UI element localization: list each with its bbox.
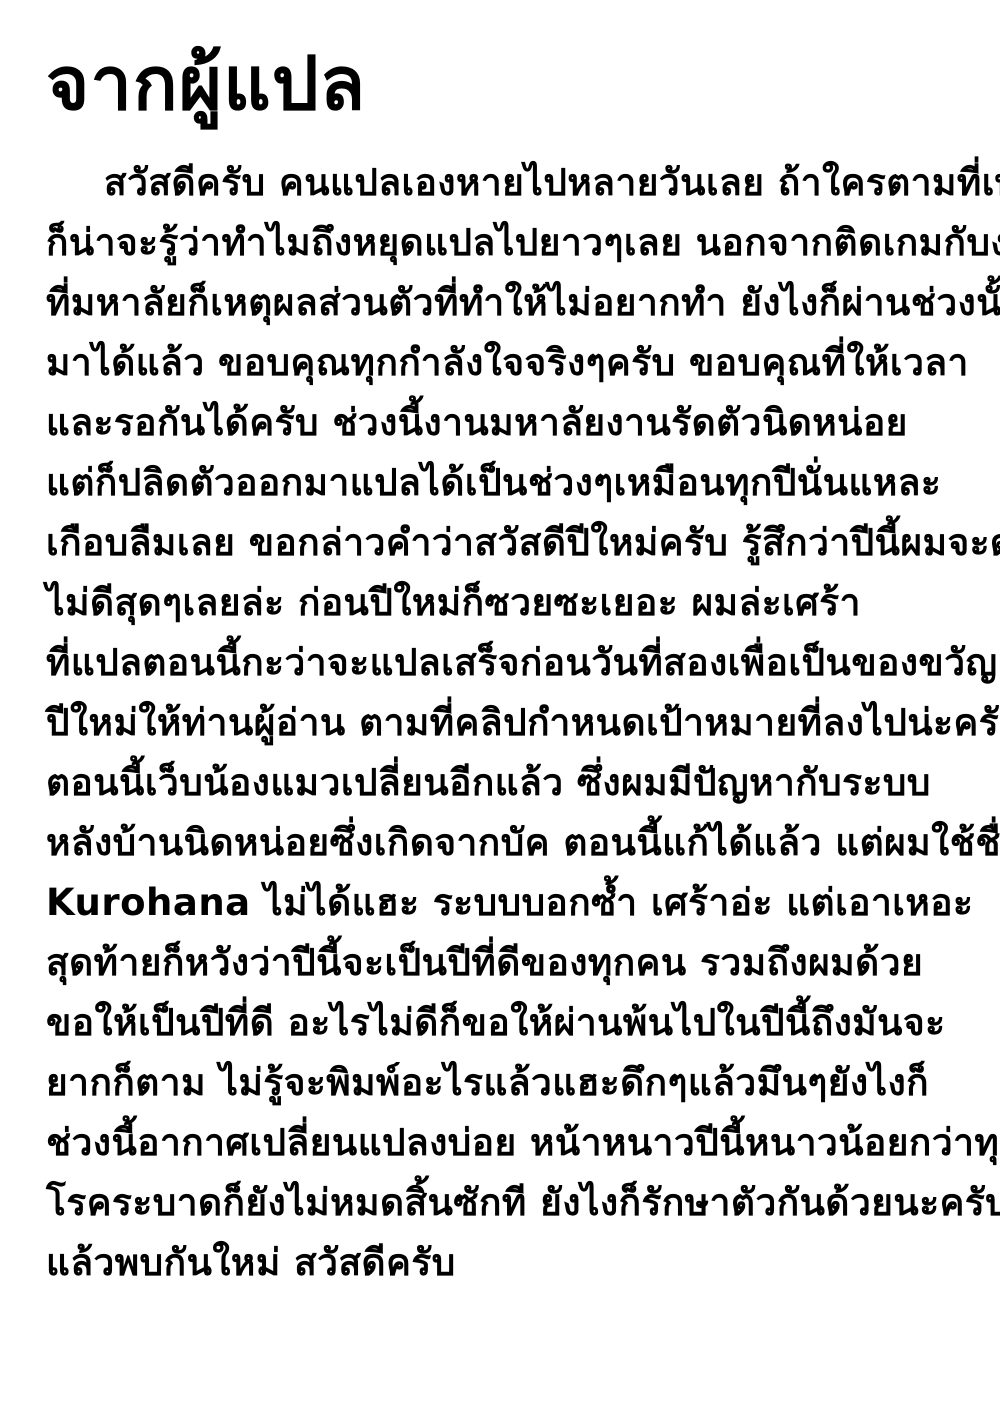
note-line: มาได้แล้ว ขอบคุณทุกกำลังใจจริงๆครับ ขอบค… xyxy=(46,333,972,393)
note-line: แต่ก็ปลิดตัวออกมาแปลได้เป็นช่วงๆเหมือนทุ… xyxy=(46,453,972,513)
note-line: ตอนนี้เว็บน้องแมวเปลี่ยนอีกแล้ว ซึ่งผมมี… xyxy=(46,753,972,813)
note-line: ไม่ดีสุดๆเลยล่ะ ก่อนปีใหม่ก็ซวยซะเยอะ ผม… xyxy=(46,573,972,633)
note-line: สุดท้ายก็หวังว่าปีนี้จะเป็นปีที่ดีของทุก… xyxy=(46,933,972,993)
note-line: ขอให้เป็นปีที่ดี อะไรไม่ดีก็ขอให้ผ่านพ้น… xyxy=(46,993,972,1053)
note-line: ที่มหาลัยก็เหตุผลส่วนตัวที่ทำให้ไม่อยากท… xyxy=(46,273,972,333)
note-line: ก็น่าจะรู้ว่าทำไมถึงหยุดแปลไปยาวๆเลย นอก… xyxy=(46,213,972,273)
note-line: Kurohana ไม่ได้แฮะ ระบบบอกซ้ำ เศร้าอ่ะ แ… xyxy=(46,873,972,933)
page-title: จากผู้แปล xyxy=(46,42,972,127)
note-line: ปีใหม่ให้ท่านผู้อ่าน ตามที่คลิปกำหนดเป้า… xyxy=(46,693,972,753)
note-line: ที่แปลตอนนี้กะว่าจะแปลเสร็จก่อนวันที่สอง… xyxy=(46,633,972,693)
note-line: ช่วงนี้อากาศเปลี่ยนแปลงบ่อย หน้าหนาวปีนี… xyxy=(46,1113,972,1173)
note-body: สวัสดีครับ คนแปลเองหายไปหลายวันเลย ถ้าใค… xyxy=(46,153,972,1293)
note-line: และรอกันได้ครับ ช่วงนี้งานมหาลัยงานรัดตั… xyxy=(46,393,972,453)
translator-note-page: จากผู้แปล สวัสดีครับ คนแปลเองหายไปหลายวั… xyxy=(0,0,1000,1421)
note-line: ยากก็ตาม ไม่รู้จะพิมพ์อะไรแล้วแฮะดึกๆแล้… xyxy=(46,1053,972,1113)
note-line: สวัสดีครับ คนแปลเองหายไปหลายวันเลย ถ้าใค… xyxy=(46,153,972,213)
note-line: โรคระบาดก็ยังไม่หมดสิ้นซักที ยังไงก็รักษ… xyxy=(46,1173,972,1233)
note-line: แล้วพบกันใหม่ สวัสดีครับ xyxy=(46,1233,972,1293)
note-line: หลังบ้านนิดหน่อยซึ่งเกิดจากบัค ตอนนี้แก้… xyxy=(46,813,972,873)
note-line: เกือบลืมเลย ขอกล่าวคำว่าสวัสดีปีใหม่ครับ… xyxy=(46,513,972,573)
